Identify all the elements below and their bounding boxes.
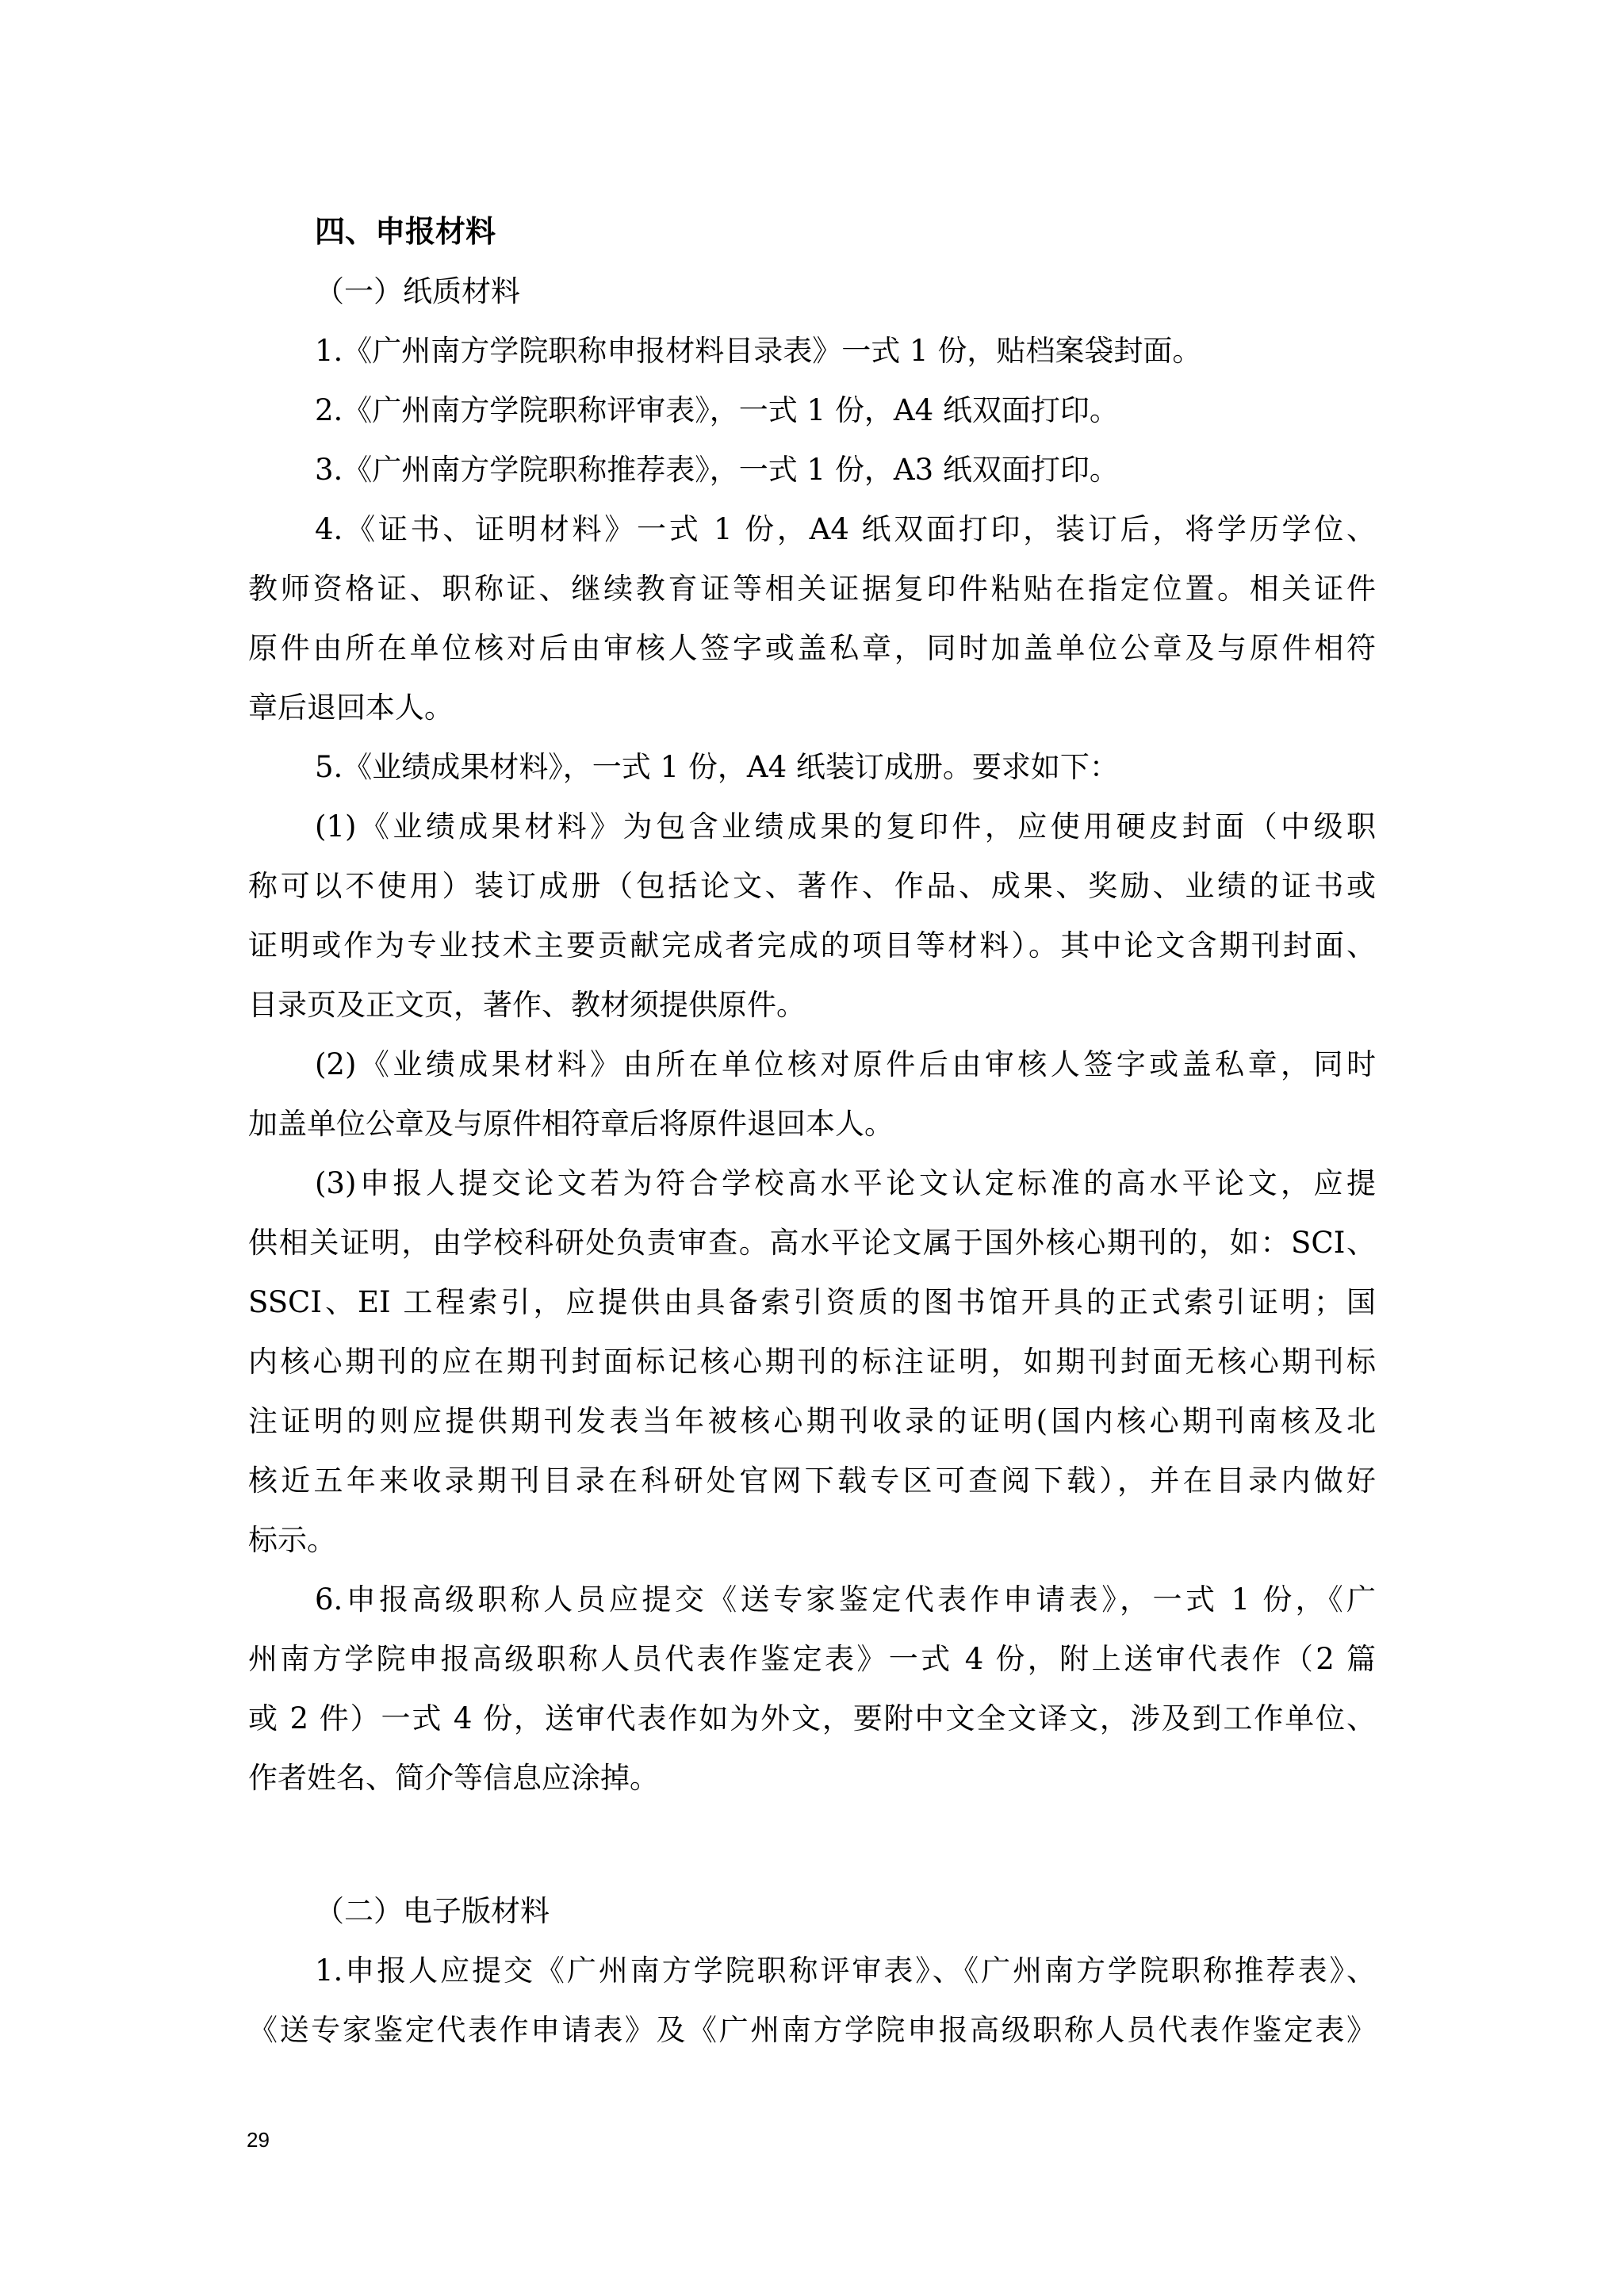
paragraph-line: (1)《业绩成果材料》为包含业绩成果的复印件，应使用硬皮封面（中级职 xyxy=(315,803,1376,851)
paragraph-line: 加盖单位公章及与原件相符章后将原件退回本人。 xyxy=(248,1100,1376,1148)
paragraph-line: 标示。 xyxy=(248,1517,1376,1564)
paragraph-line: 证明或作为专业技术主要贡献完成者完成的项目等材料）。其中论文含期刊封面、 xyxy=(248,922,1376,970)
paragraph-line: 称可以不使用）装订成册（包括论文、著作、作品、成果、奖励、业绩的证书或 xyxy=(248,863,1376,910)
paragraph-line: (2)《业绩成果材料》由所在单位核对原件后由审核人签字或盖私章，同时 xyxy=(315,1041,1376,1089)
paragraph-line: 1.申报人应提交《广州南方学院职称评审表》、《广州南方学院职称推荐表》、 xyxy=(315,1947,1376,1995)
subsection-title-paper: （一）纸质材料 xyxy=(315,268,520,316)
paragraph-line: 注证明的则应提供期刊发表当年被核心期刊收录的证明(国内核心期刊南核及北 xyxy=(248,1398,1376,1445)
paragraph-line: 原件由所在单位核对后由审核人签字或盖私章，同时加盖单位公章及与原件相符 xyxy=(248,625,1376,672)
paragraph-line: 6.申报高级职称人员应提交《送专家鉴定代表作申请表》，一式 1 份，《广 xyxy=(315,1576,1376,1624)
page-number: 29 xyxy=(247,2126,270,2154)
paragraph-line: 内核心期刊的应在期刊封面标记核心期刊的标注证明，如期刊封面无核心期刊标 xyxy=(248,1338,1376,1386)
subsection-title-electronic: （二）电子版材料 xyxy=(315,1888,550,1935)
paragraph-line: (3)申报人提交论文若为符合学校高水平论文认定标准的高水平论文，应提 xyxy=(315,1160,1376,1207)
section-heading: 四、申报材料 xyxy=(315,208,496,255)
paragraph-line: 供相关证明，由学校科研处负责审查。高水平论文属于国外核心期刊的，如：SCI、 xyxy=(248,1219,1376,1267)
paragraph-line: 核近五年来收录期刊目录在科研处官网下载专区可查阅下载），并在目录内做好 xyxy=(248,1457,1376,1505)
paragraph-line: 章后退回本人。 xyxy=(248,684,1376,732)
paragraph-line: 目录页及正文页，著作、教材须提供原件。 xyxy=(248,982,1376,1029)
paragraph-line: 州南方学院申报高级职称人员代表作鉴定表》一式 4 份，附上送审代表作（2 篇 xyxy=(248,1636,1376,1683)
paragraph-line: 2.《广州南方学院职称评审表》，一式 1 份，A4 纸双面打印。 xyxy=(315,387,1379,434)
paragraph-line: SSCI、EI 工程索引，应提供由具备索引资质的图书馆开具的正式索引证明；国 xyxy=(248,1279,1376,1326)
paragraph-line: 1.《广州南方学院职称申报材料目录表》一式 1 份，贴档案袋封面。 xyxy=(315,327,1379,375)
paragraph-line: 教师资格证、职称证、继续教育证等相关证据复印件粘贴在指定位置。相关证件 xyxy=(248,565,1376,613)
paragraph-line: 5.《业绩成果材料》，一式 1 份，A4 纸装订成册。要求如下： xyxy=(315,744,1379,791)
paragraph-line: 《送专家鉴定代表作申请表》及《广州南方学院申报高级职称人员代表作鉴定表》 xyxy=(248,2007,1376,2054)
paragraph-line: 或 2 件）一式 4 份，送审代表作如为外文，要附中文全文译文，涉及到工作单位、 xyxy=(248,1695,1376,1743)
paragraph-line: 作者姓名、简介等信息应涂掉。 xyxy=(248,1755,1376,1802)
document-page: 四、申报材料 （一）纸质材料 1.《广州南方学院职称申报材料目录表》一式 1 份… xyxy=(0,0,1624,2296)
paragraph-line: 4.《证书、证明材料》一式 1 份，A4 纸双面打印，装订后，将学历学位、 xyxy=(315,506,1376,553)
paragraph-line: 3.《广州南方学院职称推荐表》，一式 1 份，A3 纸双面打印。 xyxy=(315,446,1379,494)
